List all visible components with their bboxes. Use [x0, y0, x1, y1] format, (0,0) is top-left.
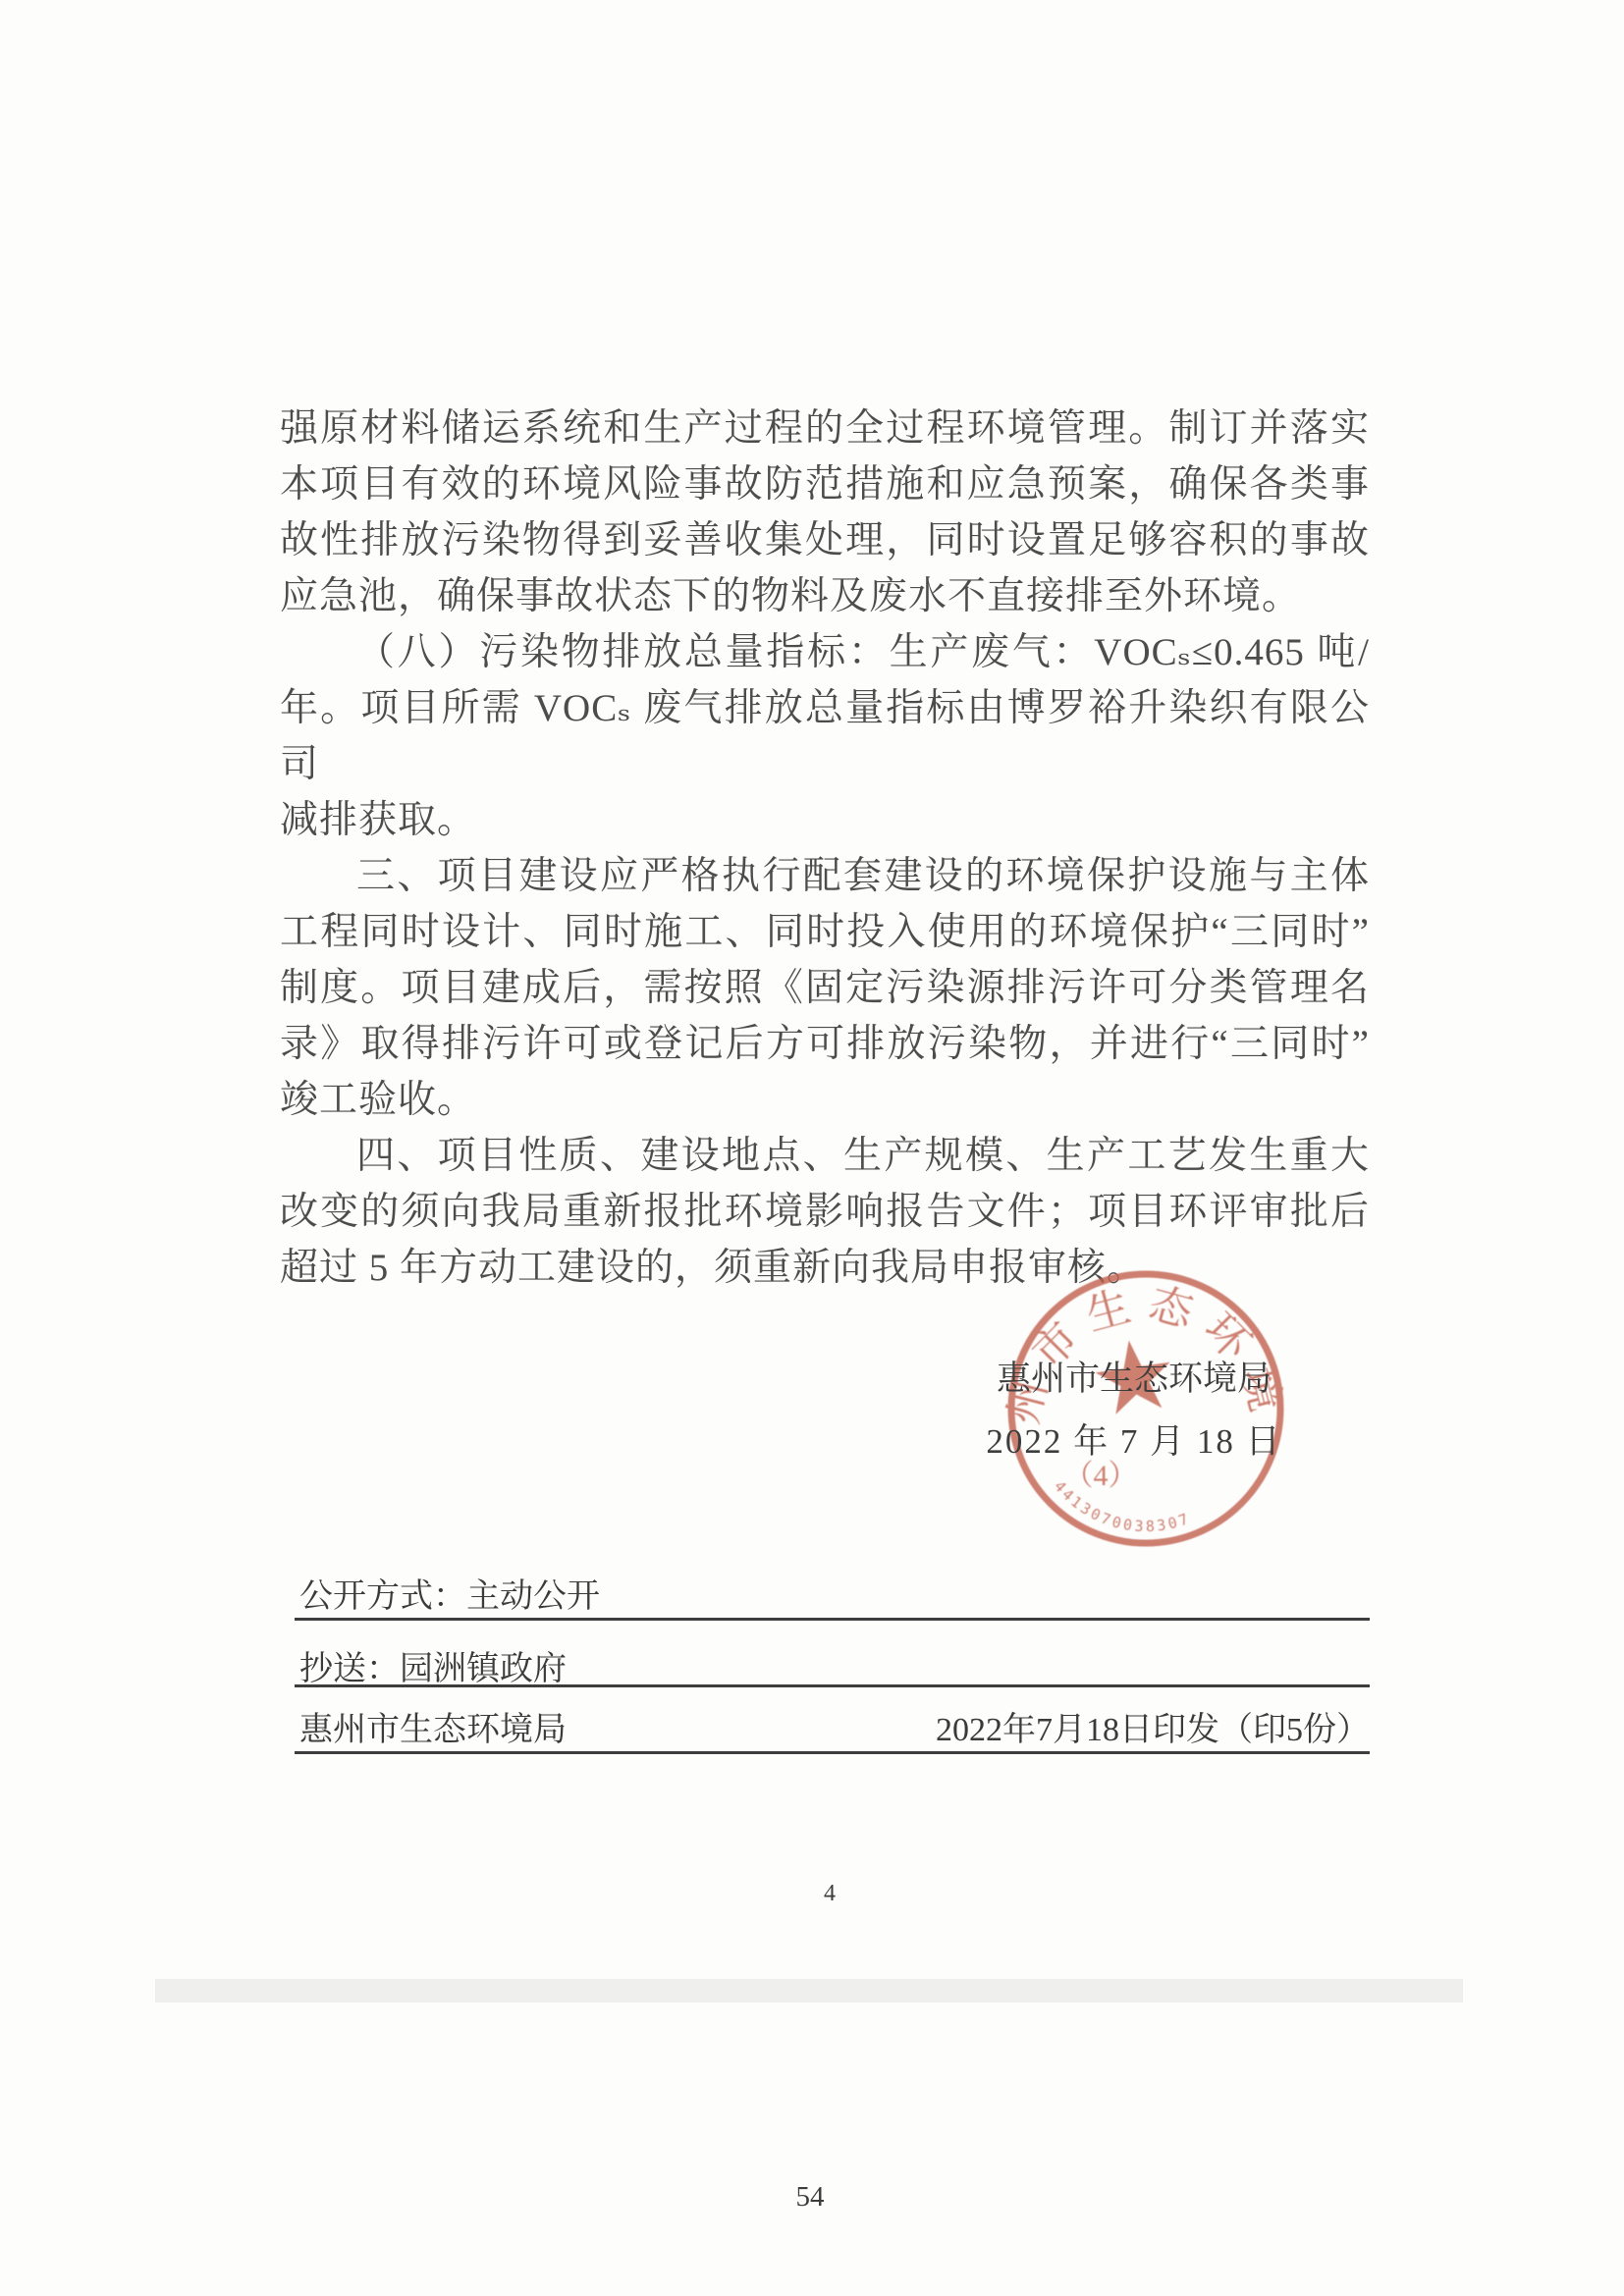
footer-publicity: 公开方式：主动公开 [299, 1569, 1370, 1617]
body-line: 强原材料储运系统和生产过程的全过程环境管理。制订并落实 [280, 400, 1370, 456]
signature-block: 惠州市生态环境局 2022 年 7 月 18 日 [977, 1361, 1291, 1461]
body-line: 工程同时设计、同时施工、同时投入使用的环境保护“三同时” [280, 904, 1370, 960]
footer-issue-row: 惠州市生态环境局 2022年7月18日印发（印5份） [299, 1702, 1370, 1750]
body-line: 改变的须向我局重新报批环境影响报告文件；项目环评审批后 [280, 1184, 1370, 1240]
footer-issue-info: 2022年7月18日印发（印5份） [936, 1702, 1370, 1750]
body-line: 减排获取。 [280, 792, 1370, 848]
scanned-document-page: 强原材料储运系统和生产过程的全过程环境管理。制订并落实 本项目有效的环境风险事故… [0, 0, 1624, 2296]
body-line: （八）污染物排放总量指标：生产废气：VOCₛ≤0.465 吨/ [280, 624, 1370, 680]
footer-issuer: 惠州市生态环境局 [299, 1702, 567, 1750]
body-line: 录》取得排污许可或登记后方可排放污染物，并进行“三同时” [280, 1016, 1370, 1072]
document-body: 强原材料储运系统和生产过程的全过程环境管理。制订并落实 本项目有效的环境风险事故… [280, 400, 1370, 1296]
body-line: 竣工验收。 [280, 1072, 1370, 1128]
page-number-outer: 54 [727, 2181, 893, 2214]
signature-agency: 惠州市生态环境局 [977, 1361, 1291, 1398]
footer-copy-to: 抄送：园洲镇政府 [299, 1641, 1370, 1689]
body-line: 制度。项目建成后，需按照《固定污染源排污许可分类管理名 [280, 960, 1370, 1016]
body-line: 应急池，确保事故状态下的物料及废水不直接排至外环境。 [280, 568, 1370, 624]
seal-code: （4） [1064, 1460, 1138, 1492]
body-line: 故性排放污染物得到妥善收集处理，同时设置足够容积的事故 [280, 512, 1370, 568]
body-line: 本项目有效的环境风险事故防范措施和应急预案，确保各类事 [280, 456, 1370, 512]
signature-date: 2022 年 7 月 18 日 [977, 1423, 1291, 1461]
body-line: 年。项目所需 VOCₛ 废气排放总量指标由博罗裕升染织有限公司 [280, 680, 1370, 792]
scan-artifact-band [155, 1979, 1463, 2002]
footer-divider [295, 1684, 1370, 1687]
page-number-inner: 4 [746, 1881, 913, 1907]
body-line: 四、项目性质、建设地点、生产规模、生产工艺发生重大 [280, 1128, 1370, 1184]
footer-divider [295, 1751, 1370, 1754]
footer-divider [295, 1618, 1370, 1621]
body-line: 三、项目建设应严格执行配套建设的环境保护设施与主体 [280, 848, 1370, 904]
